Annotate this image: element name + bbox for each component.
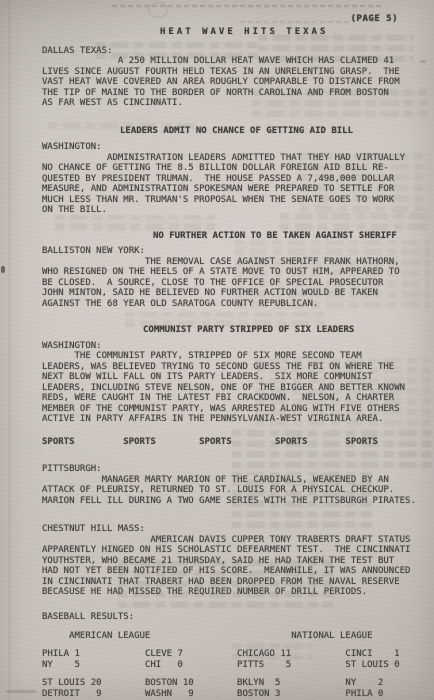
scan-vignette [0,0,434,700]
teletype-page: (PAGE 5) HEAT WAVE HITS TEXAS DALLAS TEX… [0,0,434,700]
